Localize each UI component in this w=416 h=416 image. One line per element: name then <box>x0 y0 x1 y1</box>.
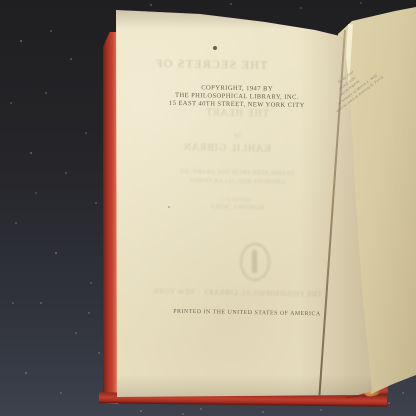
book-photograph: THE SECRETS OF THE HEART by KAHLIL GIBRA… <box>0 0 416 416</box>
showthrough-publisher-emblem <box>240 243 270 281</box>
printed-in-usa-line: PRINTED IN THE UNITED STATES OF AMERICA <box>127 308 367 318</box>
showthrough-by: by <box>117 129 357 141</box>
copyright-block: COPYRIGHT, 1947 BY THE PHILOSOPHICAL LIB… <box>117 83 357 111</box>
showthrough-publisher: THE PHILOSOPHICAL LIBRARY · NEW YORK <box>117 288 357 299</box>
paper-fleck <box>213 46 217 50</box>
showthrough-title-line1: THE SECRETS OF <box>91 55 331 74</box>
showthrough-author: KAHLIL GIBRAN <box>107 141 347 156</box>
paper-fleck <box>168 206 170 208</box>
showthrough-translator: ANTHONY RIZCALLAH FERRIS <box>117 177 357 187</box>
book-cover-left-edge <box>103 32 118 404</box>
dust-speckles <box>0 0 2 2</box>
